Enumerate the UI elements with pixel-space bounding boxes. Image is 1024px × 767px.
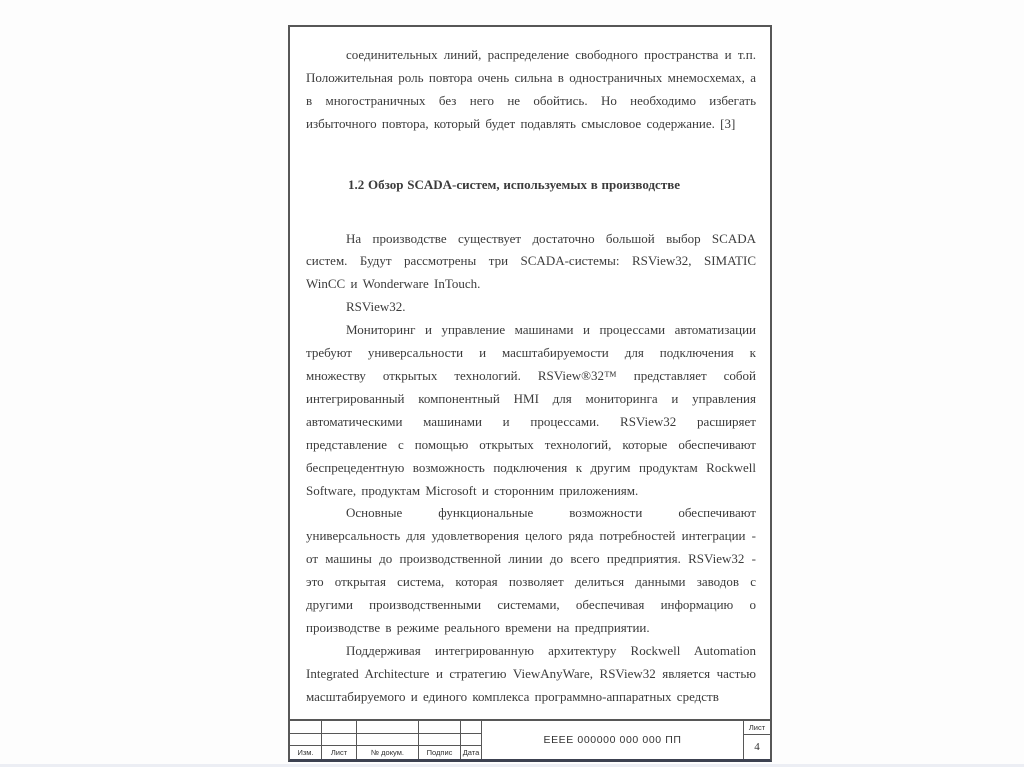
title-block-label-data: Дата — [461, 746, 482, 759]
title-block-doc-code: ЕЕЕЕ 000000 000 000 ПП — [482, 721, 743, 759]
title-block-empty-cell — [322, 721, 357, 734]
document-text-body: соединительных линий, распределение своб… — [290, 27, 770, 717]
title-block-empty-cell — [419, 721, 461, 734]
title-block-revision-grid: Изм. Лист № докум. Подпис Дата — [290, 721, 482, 759]
title-block-sheet-column: Лист 4 — [743, 721, 770, 759]
gost-title-block: Изм. Лист № докум. Подпис Дата ЕЕЕЕ 0000… — [290, 719, 770, 759]
paragraph-rsview-label: RSView32. — [306, 296, 756, 319]
title-block-empty-cell — [461, 734, 482, 747]
title-block-label-podpis: Подпис — [419, 746, 461, 759]
title-block-empty-cell — [290, 734, 322, 747]
title-block-label-list: Лист — [322, 746, 357, 759]
paragraph-rsview-2: Основные функциональные возможности обес… — [306, 502, 756, 639]
title-block-empty-cell — [357, 721, 419, 734]
title-block-empty-cell — [322, 734, 357, 747]
title-block-empty-cell — [419, 734, 461, 747]
title-block-empty-cell — [290, 721, 322, 734]
document-page: соединительных линий, распределение своб… — [288, 25, 772, 762]
title-block-sheet-label: Лист — [744, 721, 770, 735]
title-block-sheet-number: 4 — [744, 735, 770, 759]
paragraph-rsview-3: Поддерживая интегрированную архитектуру … — [306, 640, 756, 709]
title-block-empty-cell — [357, 734, 419, 747]
title-block-empty-cell — [461, 721, 482, 734]
paragraph-intro: соединительных линий, распределение своб… — [306, 44, 756, 136]
slide-canvas: соединительных линий, распределение своб… — [0, 0, 1024, 767]
paragraph-scada-overview: На производстве существует достаточно бо… — [306, 228, 756, 297]
section-heading: 1.2 Обзор SCADA-систем, используемых в п… — [306, 174, 756, 197]
title-block-label-doc-num: № докум. — [357, 746, 419, 759]
title-block-label-izm: Изм. — [290, 746, 322, 759]
paragraph-rsview-1: Мониторинг и управление машинами и проце… — [306, 319, 756, 502]
